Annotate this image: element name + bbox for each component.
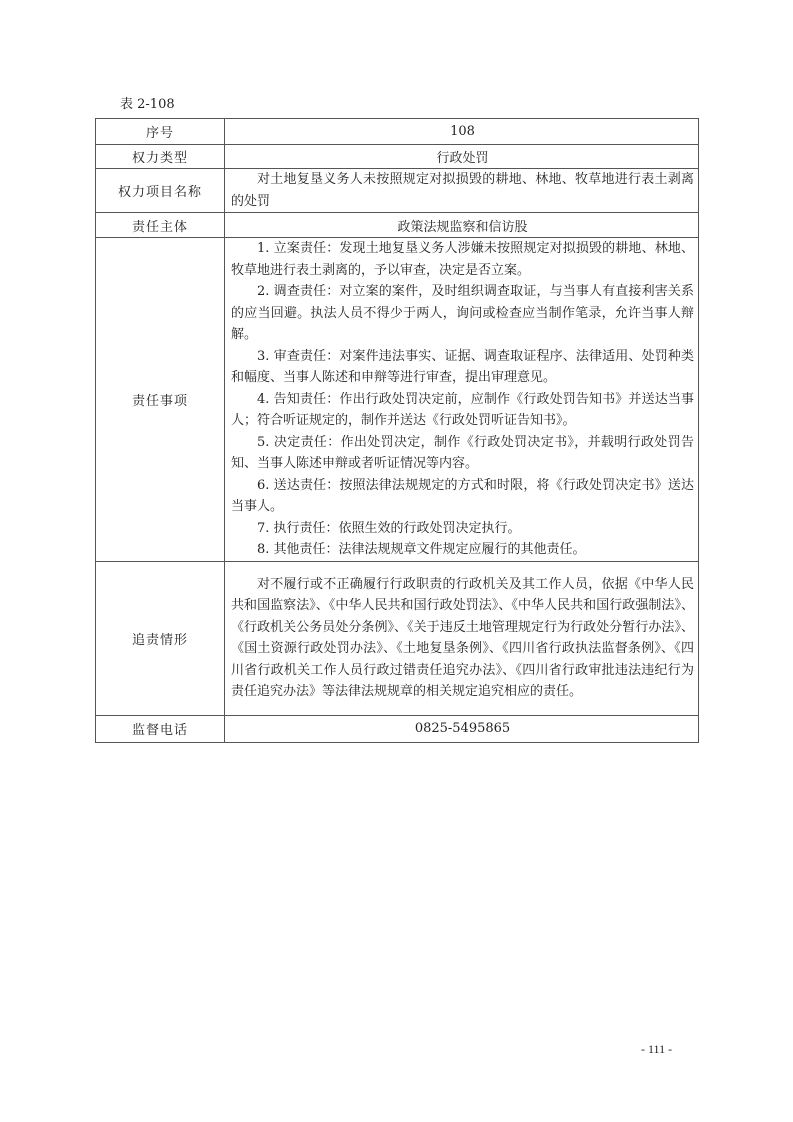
value-power-type: 行政处罚 <box>225 145 699 169</box>
table-row-accountability: 追责情形 对不履行或不正确履行行政职责的行政机关及其工作人员，依据《中华人民共和… <box>96 561 699 715</box>
duty-item: 4. 告知责任：作出行政处罚决定前，应制作《行政处罚告知书》并送达当事人；符合听… <box>231 389 694 432</box>
label-subject: 责任主体 <box>96 213 225 238</box>
table-row-subject: 责任主体 政策法规监察和信访股 <box>96 213 699 238</box>
duty-item: 7. 执行责任：依照生效的行政处罚决定执行。 <box>231 518 694 540</box>
table-caption: 表 2-108 <box>120 97 175 113</box>
value-seq: 108 <box>225 119 699 145</box>
duty-item: 1. 立案责任：发现土地复垦义务人涉嫌未按照规定对拟损毁的耕地、林地、牧草地进行… <box>231 238 694 281</box>
label-accountability: 追责情形 <box>96 561 225 715</box>
value-accountability: 对不履行或不正确履行行政职责的行政机关及其工作人员，依据《中华人民共和国监察法》… <box>225 561 699 715</box>
label-item-name: 权力项目名称 <box>96 169 225 213</box>
label-power-type: 权力类型 <box>96 145 225 169</box>
value-subject: 政策法规监察和信访股 <box>225 213 699 238</box>
table-row-phone: 监督电话 0825-5495865 <box>96 715 699 742</box>
label-duties: 责任事项 <box>96 238 225 562</box>
duty-item: 3. 审查责任：对案件违法事实、证据、调查取证程序、法律适用、处罚种类和幅度、当… <box>231 346 694 389</box>
item-name-text: 对土地复垦义务人未按照规定对拟损毁的耕地、林地、牧草地进行表土剥离的处罚 <box>231 169 694 212</box>
table-row-seq: 序号 108 <box>96 119 699 145</box>
duty-item: 6. 送达责任：按照法律法规规定的方式和时限，将《行政处罚决定书》送达当事人。 <box>231 475 694 518</box>
label-seq: 序号 <box>96 119 225 145</box>
table-row-item-name: 权力项目名称 对土地复垦义务人未按照规定对拟损毁的耕地、林地、牧草地进行表土剥离… <box>96 169 699 213</box>
duty-item: 5. 决定责任：作出处罚决定，制作《行政处罚决定书》，并载明行政处罚告知、当事人… <box>231 432 694 475</box>
value-duties: 1. 立案责任：发现土地复垦义务人涉嫌未按照规定对拟损毁的耕地、林地、牧草地进行… <box>225 238 699 562</box>
power-duty-table: 序号 108 权力类型 行政处罚 权力项目名称 对土地复垦义务人未按照规定对拟损… <box>95 118 699 743</box>
table-row-power-type: 权力类型 行政处罚 <box>96 145 699 169</box>
label-phone: 监督电话 <box>96 715 225 742</box>
accountability-text: 对不履行或不正确履行行政职责的行政机关及其工作人员，依据《中华人民共和国监察法》… <box>231 574 694 703</box>
value-phone: 0825-5495865 <box>225 715 699 742</box>
table-row-duties: 责任事项 1. 立案责任：发现土地复垦义务人涉嫌未按照规定对拟损毁的耕地、林地、… <box>96 238 699 562</box>
duty-item: 2. 调查责任：对立案的案件，及时组织调查取证，与当事人有直接利害关系的应当回避… <box>231 281 694 346</box>
duty-item: 8. 其他责任：法律法规规章文件规定应履行的其他责任。 <box>231 539 694 561</box>
page-number: - 111 - <box>641 1042 672 1057</box>
value-item-name: 对土地复垦义务人未按照规定对拟损毁的耕地、林地、牧草地进行表土剥离的处罚 <box>225 169 699 213</box>
